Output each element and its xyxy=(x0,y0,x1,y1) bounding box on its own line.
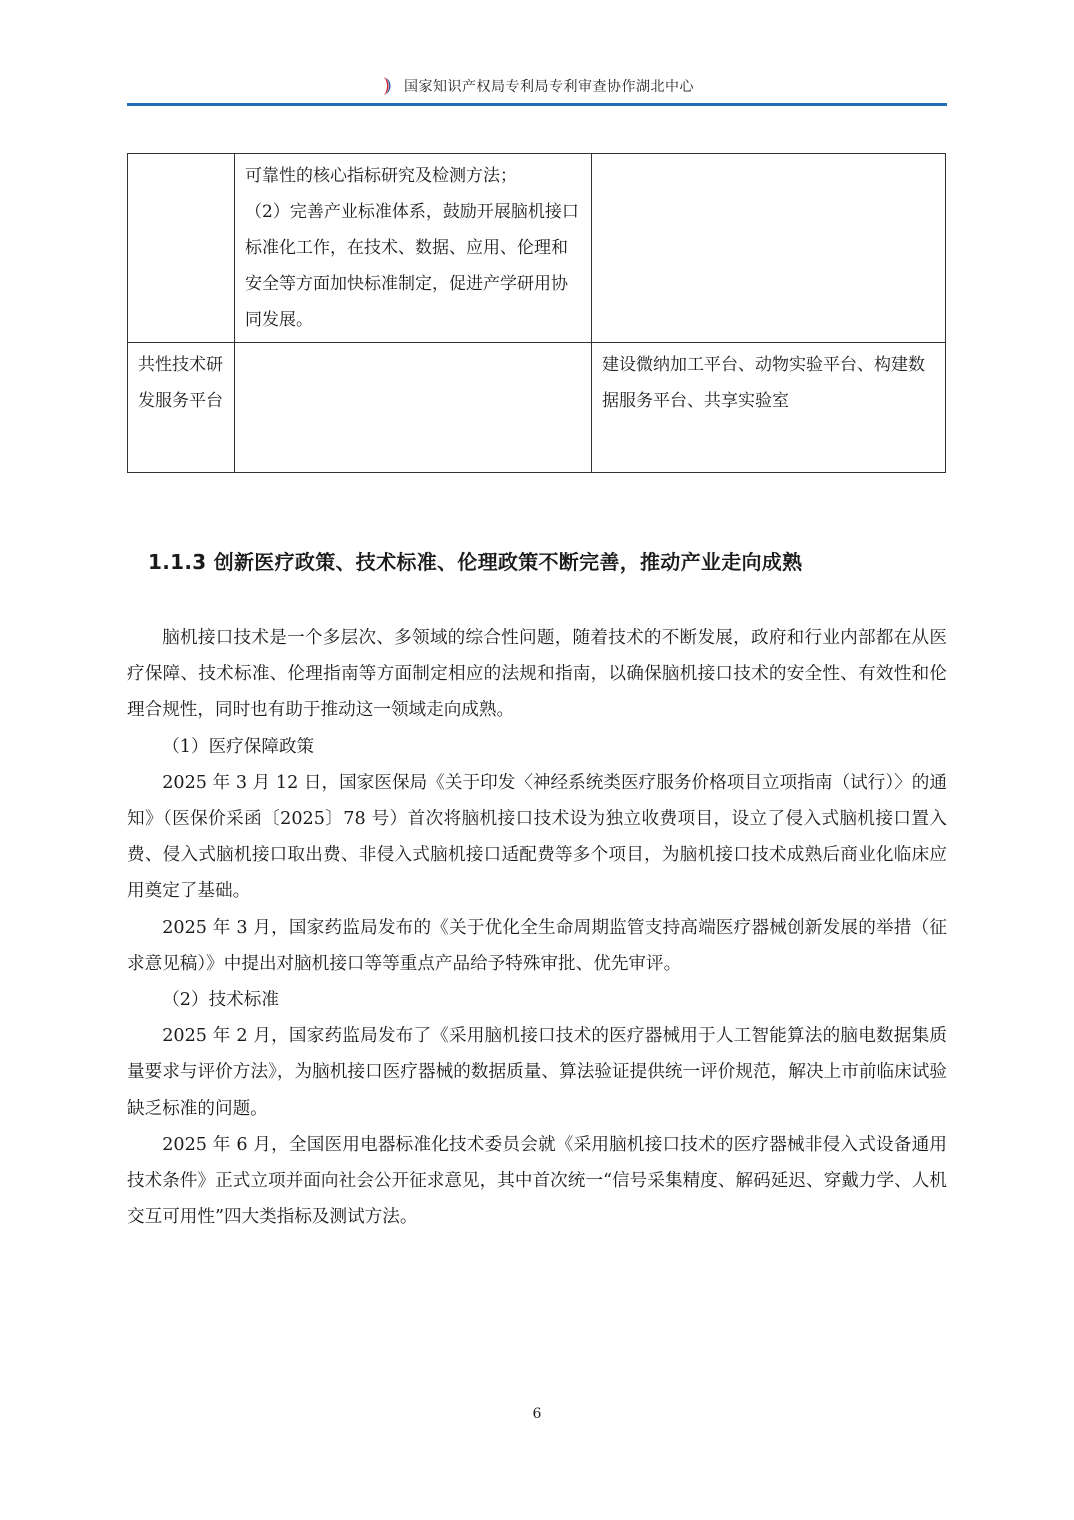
table-cell xyxy=(128,154,235,343)
table-cell: 可靠性的核心指标研究及检测方法； （2）完善产业标准体系，鼓励开展脑机接口标准化… xyxy=(235,154,592,343)
paragraph: 2025 年 6 月，全国医用电器标准化技术委员会就《采用脑机接口技术的医疗器械… xyxy=(127,1127,947,1236)
body-text: 脑机接口技术是一个多层次、多领域的综合性问题，随着技术的不断发展，政府和行业内部… xyxy=(127,620,947,1235)
table-cell: 共性技术研发服务平台 xyxy=(128,343,235,473)
cell-text: （2）完善产业标准体系，鼓励开展脑机接口标准化工作，在技术、数据、应用、伦理和安… xyxy=(245,194,581,338)
cell-text: 可靠性的核心指标研究及检测方法； xyxy=(245,158,581,194)
policy-table: 可靠性的核心指标研究及检测方法； （2）完善产业标准体系，鼓励开展脑机接口标准化… xyxy=(127,153,946,473)
subheading: （2）技术标准 xyxy=(127,982,947,1018)
table-cell xyxy=(235,343,592,473)
header-rule xyxy=(127,103,947,106)
table-cell xyxy=(592,154,946,343)
page-header: 国家知识产权局专利局专利审查协作湖北中心 xyxy=(127,72,947,106)
table-row: 可靠性的核心指标研究及检测方法； （2）完善产业标准体系，鼓励开展脑机接口标准化… xyxy=(128,154,946,343)
header-title: 国家知识产权局专利局专利审查协作湖北中心 xyxy=(404,79,694,95)
page-number: 6 xyxy=(0,1406,1074,1422)
paragraph: 2025 年 3 月，国家药监局发布的《关于优化全生命周期监管支持高端医疗器械创… xyxy=(127,910,947,982)
subheading: （1）医疗保障政策 xyxy=(127,729,947,765)
crescent-logo-icon xyxy=(380,76,394,96)
paragraph: 2025 年 2 月，国家药监局发布了《采用脑机接口技术的医疗器械用于人工智能算… xyxy=(127,1018,947,1127)
table-cell: 建设微纳加工平台、动物实验平台、构建数据服务平台、共享实验室 xyxy=(592,343,946,473)
paragraph: 2025 年 3 月 12 日，国家医保局《关于印发〈神经系统类医疗服务价格项目… xyxy=(127,765,947,910)
paragraph: 脑机接口技术是一个多层次、多领域的综合性问题，随着技术的不断发展，政府和行业内部… xyxy=(127,620,947,729)
section-heading: 1.1.3 创新医疗政策、技术标准、伦理政策不断完善，推动产业走向成熟 xyxy=(148,546,802,575)
table-row: 共性技术研发服务平台 建设微纳加工平台、动物实验平台、构建数据服务平台、共享实验… xyxy=(128,343,946,473)
